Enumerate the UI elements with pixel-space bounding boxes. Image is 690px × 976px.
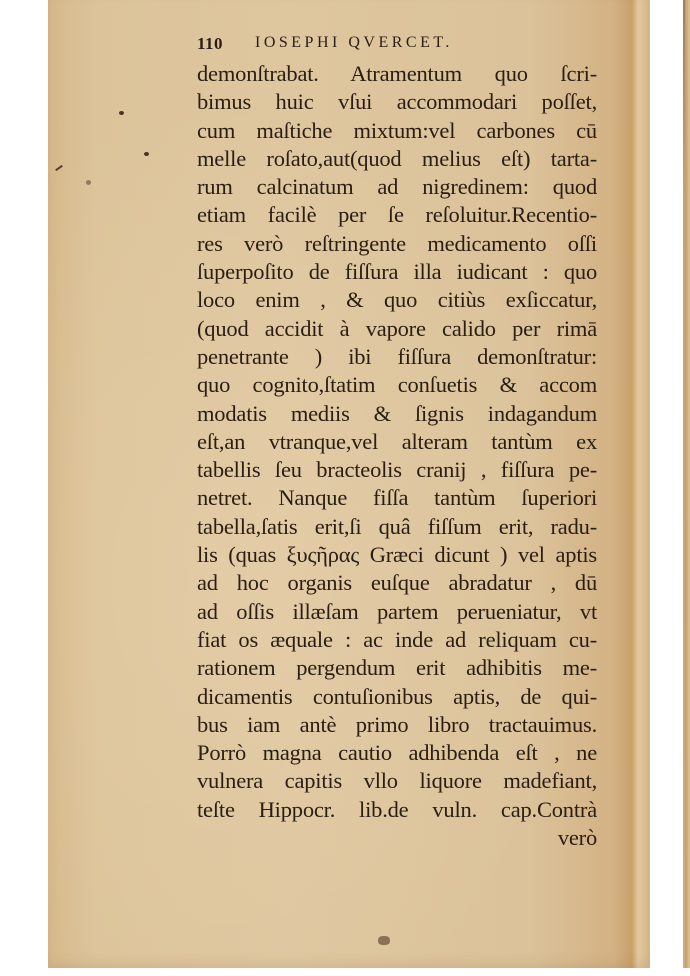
ink-spot [144, 152, 149, 156]
text-line: bimus huic vſui accommodari poſſet, [187, 88, 597, 116]
page-edge-strip [685, 0, 690, 968]
ink-spot [119, 111, 124, 115]
text-line: rationem pergendum erit adhibitis me- [187, 654, 597, 682]
text-line: (quod accidit à vapore calido per rimā [187, 315, 597, 343]
text-line: loco enim , & quo citiùs exſiccatur, [187, 286, 597, 314]
text-line: ad hoc organis euſque abradatur , dū [187, 569, 597, 597]
text-line: etiam facilè per ſe reſoluitur.Recentio- [187, 201, 597, 229]
text-line: vulnera capitis vllo liquore madefiant, [187, 767, 597, 795]
text-line: rum calcinatum ad nigredinem: quod [187, 173, 597, 201]
text-line: teſte Hippocr. lib.de vuln. cap.Contrà [187, 796, 597, 824]
text-line: Porrò magna cautio adhibenda eſt , ne [187, 739, 597, 767]
running-head: 110 IOSEPHI QVERCET. [187, 30, 597, 60]
text-line: ſuperpoſito de fiſſura illa iudicant : q… [187, 258, 597, 286]
ink-smudge [378, 936, 390, 945]
text-line: dicamentis contuſionibus aptis, de qui- [187, 683, 597, 711]
text-line: ad oſſis illæſam partem perueniatur, vt [187, 598, 597, 626]
text-block: 110 IOSEPHI QVERCET. demonſtrabat. Atram… [187, 30, 597, 852]
text-line: lis (quas ξυςῆρας Græci dicunt ) vel apt… [187, 541, 597, 569]
text-line: melle roſato,aut(quod melius eſt) tarta- [187, 145, 597, 173]
text-line: fiat os æquale : ac inde ad reliquam cu- [187, 626, 597, 654]
text-line: penetrante ) ibi fiſſura demonſtratur: [187, 343, 597, 371]
text-line: bus iam antè primo libro tractauimus. [187, 711, 597, 739]
text-line: quo cognito,ſtatim conſuetis & accom [187, 371, 597, 399]
running-title: IOSEPHI QVERCET. [255, 34, 453, 52]
text-line: eſt,an vtranque,vel alteram tantùm ex [187, 428, 597, 456]
text-line: netret. Nanque fiſſa tantùm ſuperiori [187, 484, 597, 512]
text-line: tabella,ſatis erit,ſi quâ fiſſum erit, r… [187, 513, 597, 541]
text-line: demonſtrabat. Atramentum quo ſcri- [187, 60, 597, 88]
page-number: 110 [197, 34, 223, 54]
ink-spot [86, 180, 91, 185]
text-line: tabellis ſeu bracteolis cranij , fiſſura… [187, 456, 597, 484]
text-line: cum maſtiche mixtum:vel carbones cū [187, 117, 597, 145]
text-line: res verò reſtringente medicamento oſſi [187, 230, 597, 258]
text-line: modatis mediis & ſignis indagandum [187, 400, 597, 428]
catchword: verò [187, 824, 597, 852]
